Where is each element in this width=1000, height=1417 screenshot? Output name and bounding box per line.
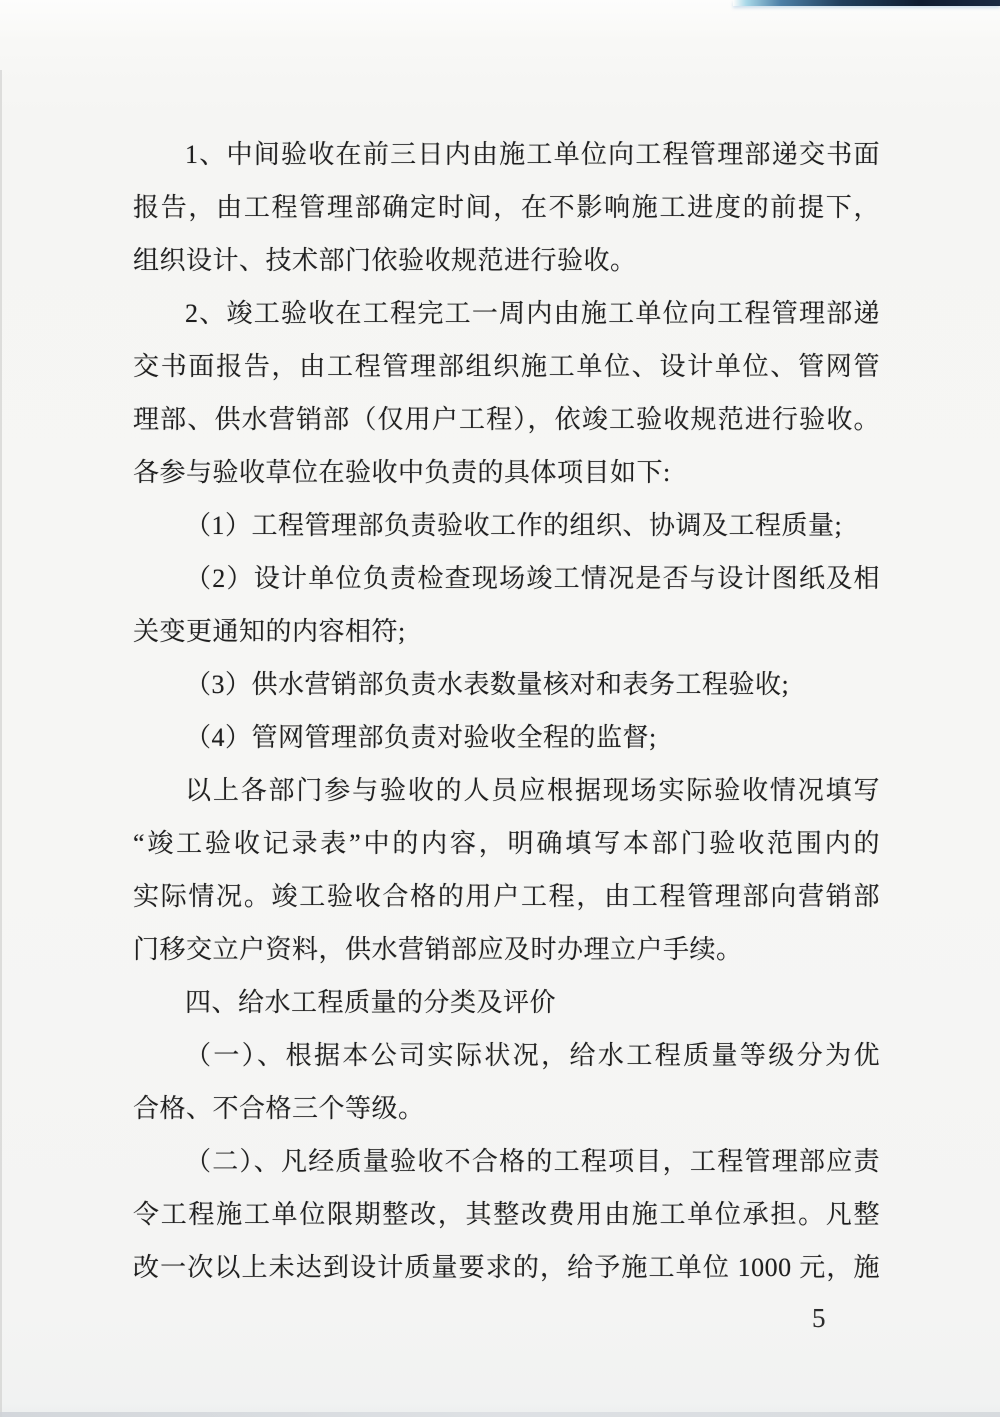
- text-line: 改一次以上未达到设计质量要求的，给予施工单位 1000 元，施: [133, 1241, 880, 1294]
- text-line: 合格、不合格三个等级。: [133, 1082, 880, 1135]
- text-line: 关变更通知的内容相符;: [133, 605, 880, 658]
- text-line: （一）、根据本公司实际状况，给水工程质量等级分为优良、: [133, 1029, 880, 1082]
- text-line: 2、竣工验收在工程完工一周内由施工单位向工程管理部递: [133, 287, 880, 340]
- scanner-artifact-bar: [733, 0, 1000, 6]
- page-number: 5: [812, 1298, 826, 1338]
- text-line: 组织设计、技术部门依验收规范进行验收。: [133, 234, 880, 287]
- list-item-3: （3）供水营销部负责水表数量核对和表务工程验收;: [133, 658, 880, 711]
- list-item-1: （1）工程管理部负责验收工作的组织、协调及工程质量;: [133, 499, 880, 552]
- text-line: 理部、供水营销部（仅用户工程），依竣工验收规范进行验收。: [133, 393, 880, 446]
- text-line: 令工程施工单位限期整改，其整改费用由施工单位承担。凡整: [133, 1188, 880, 1241]
- text-line: “竣工验收记录表”中的内容，明确填写本部门验收范围内的: [133, 817, 880, 870]
- text-line: 各参与验收草位在验收中负责的具体项目如下:: [133, 446, 880, 499]
- list-item-4: （4）管网管理部负责对验收全程的监督;: [133, 711, 880, 764]
- scan-edge-line: [0, 70, 2, 1417]
- text-line: 报告，由工程管理部确定时间，在不影响施工进度的前提下，: [133, 181, 880, 234]
- document-body: 1、中间验收在前三日内由施工单位向工程管理部递交书面 报告，由工程管理部确定时间…: [133, 128, 880, 1294]
- section-heading: 四、给水工程质量的分类及评价: [133, 976, 880, 1029]
- text-line: 1、中间验收在前三日内由施工单位向工程管理部递交书面: [133, 128, 880, 181]
- text-line: （二）、凡经质量验收不合格的工程项目，工程管理部应责: [133, 1135, 880, 1188]
- text-line: 交书面报告，由工程管理部组织施工单位、设计单位、管网管: [133, 340, 880, 393]
- list-item-2: （2）设计单位负责检查现场竣工情况是否与设计图纸及相: [133, 552, 880, 605]
- scan-bottom-strip: [0, 1412, 1000, 1417]
- text-line: 实际情况。竣工验收合格的用户工程，由工程管理部向营销部: [133, 870, 880, 923]
- text-line: 门移交立户资料，供水营销部应及时办理立户手续。: [133, 923, 880, 976]
- text-line: 以上各部门参与验收的人员应根据现场实际验收情况填写: [133, 764, 880, 817]
